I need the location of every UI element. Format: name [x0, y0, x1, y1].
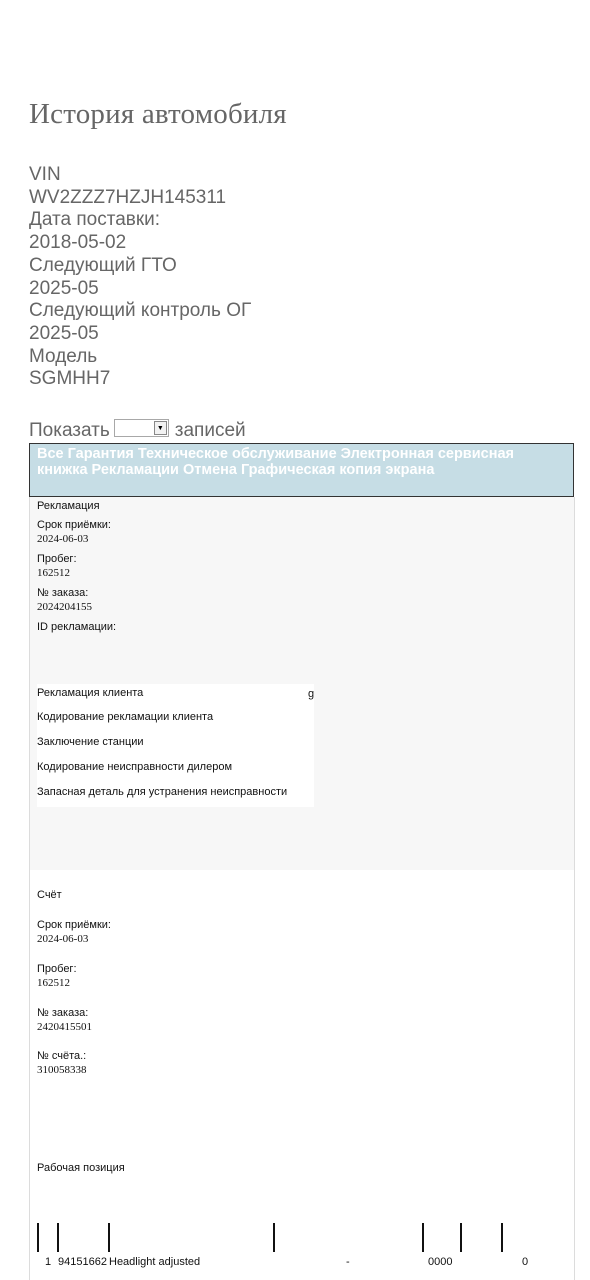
invoice-receipt-value: 2024-06-03 [37, 933, 88, 945]
invoice-receipt-label: Срок приёмки: [37, 919, 111, 931]
column-divider [501, 1223, 503, 1252]
column-divider [273, 1223, 275, 1252]
model-value: SGMHH7 [29, 368, 251, 391]
client-complaint-value: g [308, 688, 314, 700]
reclamation-mileage-label: Пробег: [37, 553, 77, 565]
entries-select[interactable]: ▼ [114, 419, 169, 437]
reclamation-title: Рекламация [37, 500, 100, 512]
filter-screenshot[interactable]: Графическая копия экрана [241, 462, 434, 478]
invoice-order-value: 2420415501 [37, 1021, 92, 1033]
work-row-dash: - [346, 1256, 350, 1268]
next-emission-label: Следующий контроль ОГ [29, 300, 251, 323]
work-row-number: 1 [45, 1256, 51, 1268]
column-divider [57, 1223, 59, 1252]
reclamation-section: Рекламация Срок приёмки: 2024-06-03 Проб… [30, 497, 574, 870]
reclamation-order-label: № заказа: [37, 587, 88, 599]
show-prefix: Показать [29, 420, 110, 442]
work-row-description: Headlight adjusted [109, 1256, 200, 1268]
work-row-code: 94151662 [58, 1256, 107, 1268]
reclamation-receipt-value: 2024-06-03 [37, 533, 88, 545]
next-emission-value: 2025-05 [29, 323, 251, 346]
reclamation-order-value: 2024204155 [37, 601, 92, 613]
work-row-code2: 0000 [428, 1256, 452, 1268]
client-complaint-box: Рекламация клиента g Кодирование реклама… [37, 684, 314, 807]
invoice-mileage-value: 162512 [37, 977, 70, 989]
filter-bar: ВсеГарантияТехническое обслуживаниеЭлект… [29, 443, 574, 497]
work-row-qty: 0 [522, 1256, 528, 1268]
page-title: История автомобиля [29, 98, 287, 131]
column-divider [37, 1223, 39, 1252]
reclamation-id-label: ID рекламации: [37, 621, 116, 633]
chevron-down-icon[interactable]: ▼ [154, 421, 167, 435]
filter-all[interactable]: Все [37, 446, 64, 462]
work-position-label: Рабочая позиция [37, 1162, 125, 1174]
filter-warranty[interactable]: Гарантия [68, 446, 134, 462]
invoice-number-label: № счёта.: [37, 1050, 86, 1062]
filter-reclamations[interactable]: Рекламации [92, 462, 179, 478]
filter-cancel[interactable]: Отмена [183, 462, 237, 478]
model-label: Модель [29, 346, 251, 369]
next-inspection-value: 2025-05 [29, 278, 251, 301]
invoice-title: Счёт [37, 889, 62, 901]
column-divider [108, 1223, 110, 1252]
reclamation-mileage-value: 162512 [37, 567, 70, 579]
filter-maintenance[interactable]: Техническое обслуживание [138, 446, 337, 462]
show-entries: Показать ▼ записей [29, 420, 246, 442]
vehicle-info: VIN WV2ZZZ7HZJH145311 Дата поставки: 201… [29, 164, 251, 391]
next-inspection-label: Следующий ГТО [29, 255, 251, 278]
spare-part-label: Запасная деталь для устранения неисправн… [37, 786, 287, 798]
client-complaint-coding-label: Кодирование рекламации клиента [37, 711, 213, 723]
station-conclusion-label: Заключение станции [37, 736, 144, 748]
column-divider [460, 1223, 462, 1252]
column-divider [422, 1223, 424, 1252]
invoice-order-label: № заказа: [37, 1007, 88, 1019]
dealer-fault-coding-label: Кодирование неисправности дилером [37, 761, 232, 773]
client-complaint-label: Рекламация клиента [37, 687, 143, 699]
invoice-number-value: 310058338 [37, 1064, 87, 1076]
reclamation-receipt-label: Срок приёмки: [37, 519, 111, 531]
history-panel: Рекламация Срок приёмки: 2024-06-03 Проб… [29, 497, 575, 1280]
vin-label: VIN [29, 164, 251, 187]
delivery-date-label: Дата поставки: [29, 209, 251, 232]
vin-value: WV2ZZZ7HZJH145311 [29, 187, 251, 210]
delivery-date-value: 2018-05-02 [29, 232, 251, 255]
invoice-mileage-label: Пробег: [37, 963, 77, 975]
show-suffix: записей [175, 420, 246, 442]
